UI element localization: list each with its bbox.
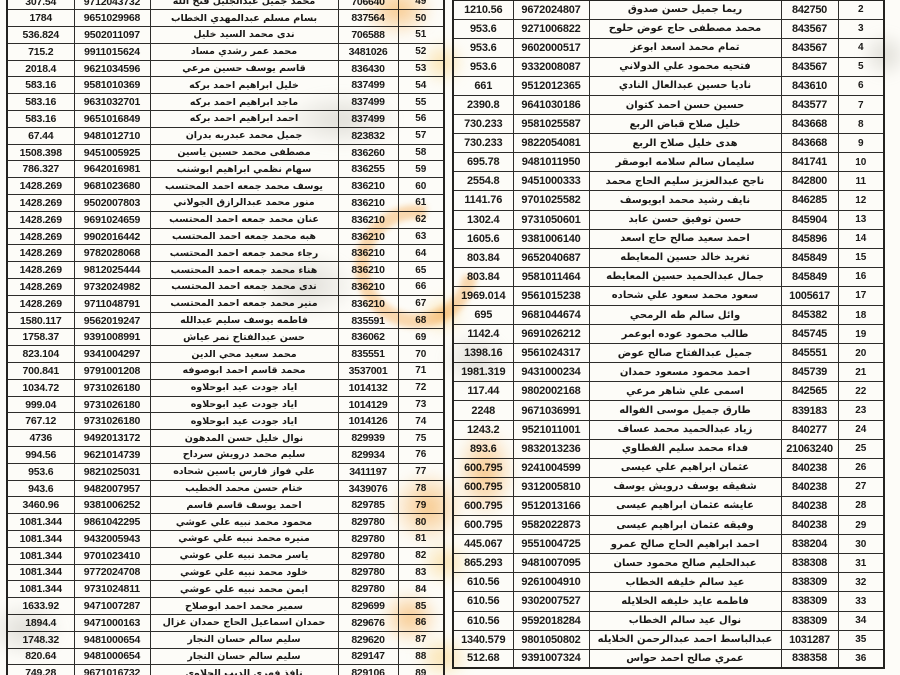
cell-ref-number: 836210 — [338, 245, 398, 262]
table-row: 953.69821025031علي فواز فارس ياسين شحاده… — [7, 463, 444, 480]
table-row: 1428.2699812025444هناء محمد جمعه احمد ال… — [7, 262, 444, 279]
cell-ref-number: 835591 — [338, 312, 398, 329]
cell-name: طارق جميل موسى الفواله — [589, 401, 781, 420]
cell-ref-number: 840238 — [781, 477, 838, 496]
cell-name: طالب محمود عوده ابوعمر — [589, 325, 781, 344]
table-row: 583.169631032701ماجد ابراهيم احمد بركه83… — [7, 94, 444, 111]
cell-name: فتحيه محمود علي الدولاني — [589, 57, 781, 76]
cell-national-id: 9582022873 — [513, 516, 589, 535]
cell-amount: 803.84 — [453, 248, 513, 267]
cell-ref-number: 838309 — [781, 611, 838, 630]
table-row: 1243.29521011001زياد عبدالحميد محمد عساف… — [453, 420, 884, 439]
cell-ref-number: 829780 — [338, 514, 398, 531]
cell-ref-number: 836260 — [338, 144, 398, 161]
cell-name: احمد ابراهيم احمد بركه — [150, 111, 338, 128]
cell-national-id: 9621034596 — [74, 60, 150, 77]
table-row: 943.69482007957ختام حسن محمد الخطيب34390… — [7, 480, 444, 497]
table-row: 994.569621014739سليم محمد درويش سرداح829… — [7, 447, 444, 464]
cell-row-index: 69 — [398, 329, 444, 346]
table-row: 1142.49691026212طالب محمود عوده ابوعمر84… — [453, 325, 884, 344]
cell-name: عيد سالم خليفه الخطاب — [589, 573, 781, 592]
table-row: 1580.1179562019247فاطمه يوسف سليم عبدالل… — [7, 312, 444, 329]
cell-amount: 1081.344 — [7, 514, 74, 531]
left-payment-table: 307.549712043732محمد جميل عبدالجليل فتح … — [6, 0, 445, 675]
cell-national-id: 9581011464 — [513, 267, 589, 286]
table-row: 700.8419791001208محمد قاسم احمد ابوصوفه3… — [7, 363, 444, 380]
cell-amount: 1243.2 — [453, 420, 513, 439]
cell-national-id: 9471000163 — [74, 614, 150, 631]
cell-row-index: 51 — [398, 27, 444, 44]
cell-row-index: 25 — [838, 439, 884, 458]
cell-national-id: 9701025582 — [513, 191, 589, 210]
right-payment-table: 1210.569672024807ريما جميل حسن صدوق84275… — [452, 0, 885, 669]
cell-name: منور محمد عبدالرازق الجولاني — [150, 195, 338, 212]
cell-name: محمد سعيد محي الدين — [150, 346, 338, 363]
cell-row-index: 73 — [398, 396, 444, 413]
table-row: 715.29911015624محمد عمر رشدي مساد3481026… — [7, 43, 444, 60]
cell-national-id: 9731026180 — [74, 413, 150, 430]
cell-name: ختام حسن محمد الخطيب — [150, 480, 338, 497]
cell-row-index: 36 — [838, 649, 884, 668]
table-row: 893.69832013236فداء محمد سليم الفطاوي210… — [453, 439, 884, 458]
cell-national-id: 9471007287 — [74, 598, 150, 615]
cell-amount: 583.16 — [7, 77, 74, 94]
cell-name: عنان محمد جمعه احمد المحتسب — [150, 211, 338, 228]
cell-national-id: 9561015238 — [513, 286, 589, 305]
cell-national-id: 9812025444 — [74, 262, 150, 279]
cell-name: عبدالحليم صالح محمود حسان — [589, 554, 781, 573]
cell-amount: 1428.269 — [7, 178, 74, 195]
cell-row-index: 18 — [838, 306, 884, 325]
cell-row-index: 85 — [398, 598, 444, 615]
cell-amount: 943.6 — [7, 480, 74, 497]
table-row: 600.7959312005810شفيقه يوسف درويش يوسف84… — [453, 477, 884, 496]
cell-name: اياد جودت عيد ابوحلاوه — [150, 396, 338, 413]
cell-name: عمري صالح احمد حواس — [589, 649, 781, 668]
cell-national-id: 9481000654 — [74, 631, 150, 648]
cell-row-index: 5 — [838, 57, 884, 76]
cell-row-index: 3 — [838, 19, 884, 38]
cell-amount: 803.84 — [453, 267, 513, 286]
cell-ref-number: 845745 — [781, 325, 838, 344]
cell-row-index: 81 — [398, 531, 444, 548]
table-row: 820.649481000654سليم سالم حسان النجار829… — [7, 648, 444, 665]
cell-row-index: 84 — [398, 581, 444, 598]
cell-name: نافذ فهري الديب الحلاوي — [150, 665, 338, 675]
table-row: 865.2939481007095عبدالحليم صالح محمود حس… — [453, 554, 884, 573]
cell-national-id: 9822054081 — [513, 134, 589, 153]
table-row: 823.1049341004297محمد سعيد محي الدين8355… — [7, 346, 444, 363]
cell-national-id: 9911015624 — [74, 43, 150, 60]
cell-ref-number: 837499 — [338, 111, 398, 128]
cell-name: سعود محمد سعود علي شحاده — [589, 286, 781, 305]
cell-name: نوال عيد سالم الخطاب — [589, 611, 781, 630]
cell-national-id: 9391007324 — [513, 649, 589, 668]
cell-row-index: 55 — [398, 94, 444, 111]
cell-national-id: 9482007957 — [74, 480, 150, 497]
table-row: 1081.3449701023410ياسر محمد نبيه علي عوش… — [7, 547, 444, 564]
table-row: 1894.49471000163حمدان اسماعيل الحاج حمدا… — [7, 614, 444, 631]
cell-name: قاسم يوسف حسين مرعي — [150, 60, 338, 77]
cell-national-id: 9731026180 — [74, 379, 150, 396]
cell-name: محمد قاسم احمد ابوصوفه — [150, 363, 338, 380]
cell-national-id: 9341004297 — [74, 346, 150, 363]
cell-national-id: 9821025031 — [74, 463, 150, 480]
cell-ref-number: 829780 — [338, 564, 398, 581]
cell-amount: 600.795 — [453, 496, 513, 515]
table-row: 600.7959512013166عايشه عثمان ابراهيم عيس… — [453, 496, 884, 515]
cell-amount: 661 — [453, 76, 513, 95]
cell-ref-number: 829147 — [338, 648, 398, 665]
cell-amount: 2248 — [453, 401, 513, 420]
cell-name: سليم محمد درويش سرداح — [150, 447, 338, 464]
cell-national-id: 9451000333 — [513, 172, 589, 191]
table-row: 953.69332008087فتحيه محمود علي الدولاني8… — [453, 57, 884, 76]
cell-amount: 1784 — [7, 10, 74, 27]
cell-row-index: 2 — [838, 0, 884, 19]
table-row: 1428.2699681023680يوسف محمد جمعه احمد ال… — [7, 178, 444, 195]
cell-row-index: 62 — [398, 211, 444, 228]
cell-national-id: 9731026180 — [74, 396, 150, 413]
cell-national-id: 9691024659 — [74, 211, 150, 228]
cell-ref-number: 842565 — [781, 382, 838, 401]
cell-row-index: 13 — [838, 210, 884, 229]
cell-row-index: 8 — [838, 115, 884, 134]
cell-name: ياسر محمد نبيه علي عوشي — [150, 547, 338, 564]
cell-ref-number: 837499 — [338, 77, 398, 94]
cell-ref-number: 829785 — [338, 497, 398, 514]
cell-row-index: 32 — [838, 573, 884, 592]
cell-amount: 610.56 — [453, 573, 513, 592]
table-row: 512.689391007324عمري صالح احمد حواس83835… — [453, 649, 884, 668]
cell-ref-number: 843668 — [781, 115, 838, 134]
table-row: 767.129731026180اياد جودت عيد ابوحلاوه10… — [7, 413, 444, 430]
cell-name: ماجد ابراهيم احمد بركه — [150, 94, 338, 111]
table-row: 1398.169561024317جميل عبدالفتاح صالح عوض… — [453, 344, 884, 363]
cell-name: هبه محمد جمعه احمد المحتسب — [150, 228, 338, 245]
cell-row-index: 64 — [398, 245, 444, 262]
cell-national-id: 9801050802 — [513, 630, 589, 649]
cell-national-id: 9502011097 — [74, 27, 150, 44]
table-row: 6959681044674وائل سالم طه الرمحي84538218 — [453, 306, 884, 325]
table-row: 953.69271006822محمد مصطفى حاج عوض حلوح84… — [453, 19, 884, 38]
cell-amount: 1969.014 — [453, 286, 513, 305]
cell-amount: 1081.344 — [7, 531, 74, 548]
cell-row-index: 66 — [398, 279, 444, 296]
cell-name: شفيقه يوسف درويش يوسف — [589, 477, 781, 496]
cell-ref-number: 829780 — [338, 581, 398, 598]
cell-amount: 445.067 — [453, 535, 513, 554]
cell-amount: 1748.32 — [7, 631, 74, 648]
table-row: 3460.969381006252احمد يوسف قاسم قاسم8297… — [7, 497, 444, 514]
cell-national-id: 9641030186 — [513, 95, 589, 114]
table-row: 610.569261004910عيد سالم خليفه الخطاب838… — [453, 573, 884, 592]
cell-ref-number: 829939 — [338, 430, 398, 447]
cell-national-id: 9602000517 — [513, 38, 589, 57]
cell-national-id: 9492013172 — [74, 430, 150, 447]
cell-national-id: 9631032701 — [74, 94, 150, 111]
cell-row-index: 30 — [838, 535, 884, 554]
cell-ref-number: 840238 — [781, 458, 838, 477]
cell-name: ايمن محمد نبيه علي عوشي — [150, 581, 338, 598]
cell-national-id: 9671036991 — [513, 401, 589, 420]
cell-national-id: 9621014739 — [74, 447, 150, 464]
table-row: 1969.0149561015238سعود محمد سعود علي شحا… — [453, 286, 884, 305]
cell-row-index: 79 — [398, 497, 444, 514]
cell-national-id: 9432005943 — [74, 531, 150, 548]
cell-row-index: 74 — [398, 413, 444, 430]
cell-amount: 715.2 — [7, 43, 74, 60]
cell-amount: 786.327 — [7, 161, 74, 178]
table-row: 67.449481012710جميل محمد عبدربه بدران823… — [7, 127, 444, 144]
cell-ref-number: 1014132 — [338, 379, 398, 396]
table-row: 1081.3449861042295محمود محمد نبيه علي عو… — [7, 514, 444, 531]
cell-name: بسام مسلم عبدالمهدي الخطاب — [150, 10, 338, 27]
table-row: 445.0679551004725احمد ابراهيم الحاج صالح… — [453, 535, 884, 554]
cell-national-id: 9581010369 — [74, 77, 150, 94]
cell-row-index: 72 — [398, 379, 444, 396]
cell-name: جميل محمد عبدربه بدران — [150, 127, 338, 144]
cell-row-index: 71 — [398, 363, 444, 380]
cell-name: حمدان اسماعيل الحاج حمدان غزال — [150, 614, 338, 631]
cell-ref-number: 21063240 — [781, 439, 838, 458]
table-row: 2018.49621034596قاسم يوسف حسين مرعي83643… — [7, 60, 444, 77]
cell-ref-number: 838308 — [781, 554, 838, 573]
cell-amount: 117.44 — [453, 382, 513, 401]
cell-national-id: 9481007095 — [513, 554, 589, 573]
cell-ref-number: 836210 — [338, 195, 398, 212]
cell-row-index: 7 — [838, 95, 884, 114]
cell-ref-number: 837499 — [338, 94, 398, 111]
cell-ref-number: 836210 — [338, 279, 398, 296]
cell-name: هدى خليل صلاح الربع — [589, 134, 781, 153]
cell-amount: 536.824 — [7, 27, 74, 44]
cell-name: نايف رشيد محمد ابويوسف — [589, 191, 781, 210]
table-row: 953.69602000517تمام محمد اسعد ابوعز84356… — [453, 38, 884, 57]
table-row: 1428.2699782028068رجاء محمد جمعه احمد ال… — [7, 245, 444, 262]
cell-amount: 1340.579 — [453, 630, 513, 649]
cell-amount: 953.6 — [453, 38, 513, 57]
cell-amount: 695.78 — [453, 153, 513, 172]
cell-amount: 610.56 — [453, 592, 513, 611]
cell-ref-number: 845904 — [781, 210, 838, 229]
cell-national-id: 9332008087 — [513, 57, 589, 76]
table-row: 1081.3449432005943منيره محمد نبيه علي عو… — [7, 531, 444, 548]
cell-name: منيره محمد نبيه علي عوشي — [150, 531, 338, 548]
cell-name: تمام محمد اسعد ابوعز — [589, 38, 781, 57]
cell-amount: 823.104 — [7, 346, 74, 363]
cell-row-index: 58 — [398, 144, 444, 161]
cell-row-index: 89 — [398, 665, 444, 675]
cell-name: حسن عبدالفتاح نمر عياش — [150, 329, 338, 346]
cell-amount: 820.64 — [7, 648, 74, 665]
cell-amount: 1428.269 — [7, 295, 74, 312]
cell-ref-number: 842750 — [781, 0, 838, 19]
cell-national-id: 9391008991 — [74, 329, 150, 346]
table-row: 610.569302007527فاطمه عايد خليفه الخلايل… — [453, 592, 884, 611]
cell-national-id: 9731050601 — [513, 210, 589, 229]
cell-ref-number: 843567 — [781, 19, 838, 38]
cell-amount: 600.795 — [453, 458, 513, 477]
cell-national-id: 9481000654 — [74, 648, 150, 665]
cell-amount: 1141.76 — [453, 191, 513, 210]
cell-name: وائل سالم طه الرمحي — [589, 306, 781, 325]
cell-amount: 953.6 — [453, 57, 513, 76]
cell-row-index: 59 — [398, 161, 444, 178]
cell-ref-number: 845739 — [781, 363, 838, 382]
cell-ref-number: 829620 — [338, 631, 398, 648]
cell-name: خليل صلاح قباض الربع — [589, 115, 781, 134]
cell-amount: 307.54 — [7, 0, 74, 10]
cell-ref-number: 836210 — [338, 262, 398, 279]
cell-name: سهام نظمي ابراهيم ابوشنب — [150, 161, 338, 178]
cell-row-index: 50 — [398, 10, 444, 27]
cell-row-index: 6 — [838, 76, 884, 95]
cell-national-id: 9241004599 — [513, 458, 589, 477]
table-row: 600.7959241004599عثمان ابراهيم علي عيسى8… — [453, 458, 884, 477]
cell-amount: 994.56 — [7, 447, 74, 464]
table-row: 1758.379391008991حسن عبدالفتاح نمر عياش8… — [7, 329, 444, 346]
cell-amount: 512.68 — [453, 649, 513, 668]
cell-ref-number: 840238 — [781, 516, 838, 535]
cell-ref-number: 843567 — [781, 38, 838, 57]
cell-ref-number: 836430 — [338, 60, 398, 77]
cell-row-index: 80 — [398, 514, 444, 531]
cell-name: اياد جودت عيد ابوحلاوه — [150, 413, 338, 430]
cell-national-id: 9261004910 — [513, 573, 589, 592]
cell-amount: 583.16 — [7, 111, 74, 128]
cell-amount: 1428.269 — [7, 279, 74, 296]
cell-amount: 1398.16 — [453, 344, 513, 363]
cell-national-id: 9731024811 — [74, 581, 150, 598]
cell-name: محمد جميل عبدالجليل فتح الله — [150, 0, 338, 10]
table-row: 583.169651016849احمد ابراهيم احمد بركه83… — [7, 111, 444, 128]
cell-amount: 1081.344 — [7, 564, 74, 581]
cell-row-index: 35 — [838, 630, 884, 649]
cell-ref-number: 837564 — [338, 10, 398, 27]
cell-national-id: 9902016442 — [74, 228, 150, 245]
table-row: 536.8249502011097ندى محمد السيد خليل7065… — [7, 27, 444, 44]
cell-ref-number: 840277 — [781, 420, 838, 439]
cell-national-id: 9782028068 — [74, 245, 150, 262]
cell-national-id: 9431000234 — [513, 363, 589, 382]
cell-amount: 67.44 — [7, 127, 74, 144]
cell-national-id: 9521011001 — [513, 420, 589, 439]
cell-row-index: 65 — [398, 262, 444, 279]
table-row: 695.789481011950سليمان سالم سلامه ابوصقر… — [453, 153, 884, 172]
cell-amount: 2390.8 — [453, 95, 513, 114]
cell-ref-number: 829699 — [338, 598, 398, 615]
cell-name: زياد عبدالحميد محمد عساف — [589, 420, 781, 439]
cell-national-id: 9581025587 — [513, 115, 589, 134]
cell-row-index: 70 — [398, 346, 444, 363]
cell-ref-number: 706640 — [338, 0, 398, 10]
cell-ref-number: 838358 — [781, 649, 838, 668]
table-row: 730.2339822054081هدى خليل صلاح الربع8436… — [453, 134, 884, 153]
table-row: 1210.569672024807ريما جميل حسن صدوق84275… — [453, 0, 884, 19]
cell-row-index: 76 — [398, 447, 444, 464]
cell-national-id: 9271006822 — [513, 19, 589, 38]
cell-ref-number: 843567 — [781, 57, 838, 76]
cell-name: احمد محمود مسعود حمدان — [589, 363, 781, 382]
cell-ref-number: 829676 — [338, 614, 398, 631]
cell-amount: 583.16 — [7, 94, 74, 111]
table-row: 730.2339581025587خليل صلاح قباض الربع843… — [453, 115, 884, 134]
cell-name: محمود محمد نبيه علي عوشي — [150, 514, 338, 531]
cell-name: سمير محمد احمد ابوصلاح — [150, 598, 338, 615]
cell-amount: 2554.8 — [453, 172, 513, 191]
table-row: 999.049731026180اياد جودت عيد ابوحلاوه10… — [7, 396, 444, 413]
cell-national-id: 9481012710 — [74, 127, 150, 144]
cell-amount: 865.293 — [453, 554, 513, 573]
cell-national-id: 9651016849 — [74, 111, 150, 128]
table-row: 1428.2699711048791منير محمد جمعه احمد ال… — [7, 295, 444, 312]
cell-amount: 1894.4 — [7, 614, 74, 631]
cell-name: عايشه عثمان ابراهيم عيسى — [589, 496, 781, 515]
cell-ref-number: 823832 — [338, 127, 398, 144]
cell-name: هناء محمد جمعه احمد المحتسب — [150, 262, 338, 279]
cell-ref-number: 843577 — [781, 95, 838, 114]
cell-name: اياد جودت عيد ابوحلاوه — [150, 379, 338, 396]
cell-amount: 1210.56 — [453, 0, 513, 19]
cell-row-index: 77 — [398, 463, 444, 480]
cell-national-id: 9712043732 — [74, 0, 150, 10]
cell-amount: 1428.269 — [7, 245, 74, 262]
cell-amount: 1508.398 — [7, 144, 74, 161]
cell-national-id: 9512012365 — [513, 76, 589, 95]
cell-national-id: 9562019247 — [74, 312, 150, 329]
cell-name: تغريد خالد حسين المعايطه — [589, 248, 781, 267]
cell-national-id: 9302007527 — [513, 592, 589, 611]
cell-row-index: 63 — [398, 228, 444, 245]
cell-row-index: 4 — [838, 38, 884, 57]
cell-row-index: 67 — [398, 295, 444, 312]
cell-row-index: 33 — [838, 592, 884, 611]
cell-amount: 730.233 — [453, 134, 513, 153]
cell-national-id: 9551004725 — [513, 535, 589, 554]
cell-ref-number: 836210 — [338, 295, 398, 312]
cell-row-index: 26 — [838, 458, 884, 477]
cell-row-index: 15 — [838, 248, 884, 267]
cell-name: فاطمه يوسف سليم عبدالله — [150, 312, 338, 329]
cell-ref-number: 845896 — [781, 229, 838, 248]
cell-national-id: 9832013236 — [513, 439, 589, 458]
cell-row-index: 24 — [838, 420, 884, 439]
table-row: 307.549712043732محمد جميل عبدالجليل فتح … — [7, 0, 444, 10]
table-row: 1428.2699502007803منور محمد عبدالرازق ال… — [7, 195, 444, 212]
cell-national-id: 9512013166 — [513, 496, 589, 515]
cell-national-id: 9772024708 — [74, 564, 150, 581]
cell-national-id: 9671016732 — [74, 665, 150, 675]
table-row: 1428.2699691024659عنان محمد جمعه احمد ال… — [7, 211, 444, 228]
cell-amount: 1142.4 — [453, 325, 513, 344]
cell-ref-number: 706588 — [338, 27, 398, 44]
cell-ref-number: 1014126 — [338, 413, 398, 430]
cell-ref-number: 3411197 — [338, 463, 398, 480]
cell-name: خلود محمد نبيه علي عوشي — [150, 564, 338, 581]
cell-national-id: 9651029968 — [74, 10, 150, 27]
cell-national-id: 9701023410 — [74, 547, 150, 564]
cell-row-index: 10 — [838, 153, 884, 172]
table-row: 1141.769701025582نايف رشيد محمد ابويوسف8… — [453, 191, 884, 210]
cell-row-index: 16 — [838, 267, 884, 286]
cell-name: فداء محمد سليم الفطاوي — [589, 439, 781, 458]
cell-name: سليمان سالم سلامه ابوصقر — [589, 153, 781, 172]
cell-name: ندى محمد السيد خليل — [150, 27, 338, 44]
cell-row-index: 21 — [838, 363, 884, 382]
cell-ref-number: 843610 — [781, 76, 838, 95]
cell-name: ندى محمد جمعه احمد المحتسب — [150, 279, 338, 296]
